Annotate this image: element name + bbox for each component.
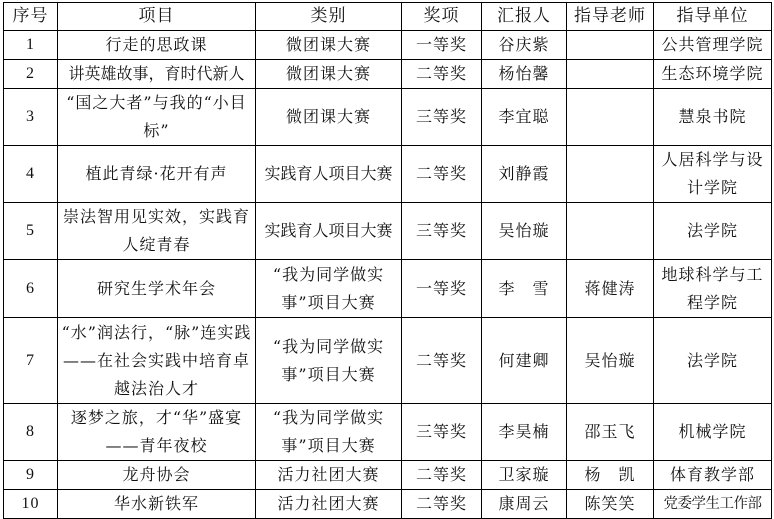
cell-award: 二等奖 (402, 60, 482, 89)
cell-advisor: 吴怡璇 (567, 318, 654, 404)
cell-category: “我为同学做实事”项目大赛 (256, 318, 402, 404)
header-advisor: 指导老师 (567, 3, 654, 31)
cell-category: 微团课大赛 (256, 89, 402, 146)
cell-no: 8 (4, 404, 58, 461)
cell-project: 讲英雄故事，育时代新人 (58, 60, 256, 89)
cell-no: 1 (4, 31, 58, 60)
header-no: 序号 (4, 3, 58, 31)
cell-category: 活力社团大赛 (256, 490, 402, 519)
cell-unit: 法学院 (654, 318, 772, 404)
cell-category: “我为同学做实事”项目大赛 (256, 260, 402, 318)
cell-advisor: 邵玉飞 (567, 404, 654, 461)
cell-reporter: 李昊楠 (482, 404, 567, 461)
cell-advisor (567, 146, 654, 203)
cell-reporter: 李 雪 (482, 260, 567, 318)
cell-unit: 地球科学与工程学院 (654, 260, 772, 318)
cell-reporter: 吴怡璇 (482, 203, 567, 260)
table-row: 5 崇法智用见实效，实践育人绽青春 实践育人项目大赛 三等奖 吴怡璇 法学院 (4, 203, 772, 260)
header-project: 项目 (58, 3, 256, 31)
cell-category: 活力社团大赛 (256, 461, 402, 490)
table-row: 8 逐梦之旅，才“华”盛宴——青年夜校 “我为同学做实事”项目大赛 三等奖 李昊… (4, 404, 772, 461)
cell-advisor: 蒋健涛 (567, 260, 654, 318)
cell-reporter: 康周云 (482, 490, 567, 519)
cell-advisor: 陈笑笑 (567, 490, 654, 519)
cell-category: “我为同学做实事”项目大赛 (256, 404, 402, 461)
table-row: 3 “国之大者”与我的“小目标” 微团课大赛 三等奖 李宜聪 慧泉书院 (4, 89, 772, 146)
cell-category: 微团课大赛 (256, 31, 402, 60)
cell-reporter: 卫家璇 (482, 461, 567, 490)
cell-reporter: 杨怡馨 (482, 60, 567, 89)
cell-unit: 机械学院 (654, 404, 772, 461)
table-row: 7 “水”润法行，“脉”连实践——在社会实践中培育卓越法治人才 “我为同学做实事… (4, 318, 772, 404)
cell-reporter: 谷庆紫 (482, 31, 567, 60)
awards-table: 序号 项目 类别 奖项 汇报人 指导老师 指导单位 1 行走的思政课 微团课大赛… (3, 2, 772, 519)
header-row: 序号 项目 类别 奖项 汇报人 指导老师 指导单位 (4, 3, 772, 31)
table-row: 10 华水新铁军 活力社团大赛 二等奖 康周云 陈笑笑 党委学生工作部 (4, 490, 772, 519)
cell-award: 三等奖 (402, 89, 482, 146)
cell-advisor (567, 60, 654, 89)
cell-reporter: 刘静霞 (482, 146, 567, 203)
cell-award: 二等奖 (402, 146, 482, 203)
cell-project: “水”润法行，“脉”连实践——在社会实践中培育卓越法治人才 (58, 318, 256, 404)
cell-award: 三等奖 (402, 203, 482, 260)
table-row: 9 龙舟协会 活力社团大赛 二等奖 卫家璇 杨 凯 体育教学部 (4, 461, 772, 490)
cell-project: 崇法智用见实效，实践育人绽青春 (58, 203, 256, 260)
cell-category: 实践育人项目大赛 (256, 146, 402, 203)
table-row: 4 植此青绿·花开有声 实践育人项目大赛 二等奖 刘静霞 人居科学与设计学院 (4, 146, 772, 203)
cell-project: 龙舟协会 (58, 461, 256, 490)
cell-no: 6 (4, 260, 58, 318)
cell-award: 二等奖 (402, 318, 482, 404)
cell-advisor: 杨 凯 (567, 461, 654, 490)
cell-project: “国之大者”与我的“小目标” (58, 89, 256, 146)
cell-project: 行走的思政课 (58, 31, 256, 60)
cell-unit: 法学院 (654, 203, 772, 260)
cell-unit: 体育教学部 (654, 461, 772, 490)
cell-project: 研究生学术年会 (58, 260, 256, 318)
cell-advisor (567, 89, 654, 146)
table-row: 1 行走的思政课 微团课大赛 一等奖 谷庆紫 公共管理学院 (4, 31, 772, 60)
cell-no: 2 (4, 60, 58, 89)
header-reporter: 汇报人 (482, 3, 567, 31)
cell-advisor (567, 203, 654, 260)
header-category: 类别 (256, 3, 402, 31)
cell-category: 实践育人项目大赛 (256, 203, 402, 260)
cell-award: 一等奖 (402, 31, 482, 60)
cell-no: 3 (4, 89, 58, 146)
cell-reporter: 何建卿 (482, 318, 567, 404)
cell-award: 一等奖 (402, 260, 482, 318)
cell-advisor (567, 31, 654, 60)
table-row: 2 讲英雄故事，育时代新人 微团课大赛 二等奖 杨怡馨 生态环境学院 (4, 60, 772, 89)
cell-no: 7 (4, 318, 58, 404)
cell-project: 植此青绿·花开有声 (58, 146, 256, 203)
cell-award: 二等奖 (402, 461, 482, 490)
header-unit: 指导单位 (654, 3, 772, 31)
cell-unit: 生态环境学院 (654, 60, 772, 89)
cell-unit: 人居科学与设计学院 (654, 146, 772, 203)
cell-no: 9 (4, 461, 58, 490)
table-row: 6 研究生学术年会 “我为同学做实事”项目大赛 一等奖 李 雪 蒋健涛 地球科学… (4, 260, 772, 318)
cell-unit: 慧泉书院 (654, 89, 772, 146)
cell-category: 微团课大赛 (256, 60, 402, 89)
cell-no: 4 (4, 146, 58, 203)
cell-unit: 党委学生工作部 (654, 490, 772, 519)
cell-reporter: 李宜聪 (482, 89, 567, 146)
cell-project: 华水新铁军 (58, 490, 256, 519)
cell-no: 5 (4, 203, 58, 260)
cell-no: 10 (4, 490, 58, 519)
cell-award: 二等奖 (402, 490, 482, 519)
cell-unit: 公共管理学院 (654, 31, 772, 60)
cell-award: 三等奖 (402, 404, 482, 461)
header-award: 奖项 (402, 3, 482, 31)
cell-project: 逐梦之旅，才“华”盛宴——青年夜校 (58, 404, 256, 461)
